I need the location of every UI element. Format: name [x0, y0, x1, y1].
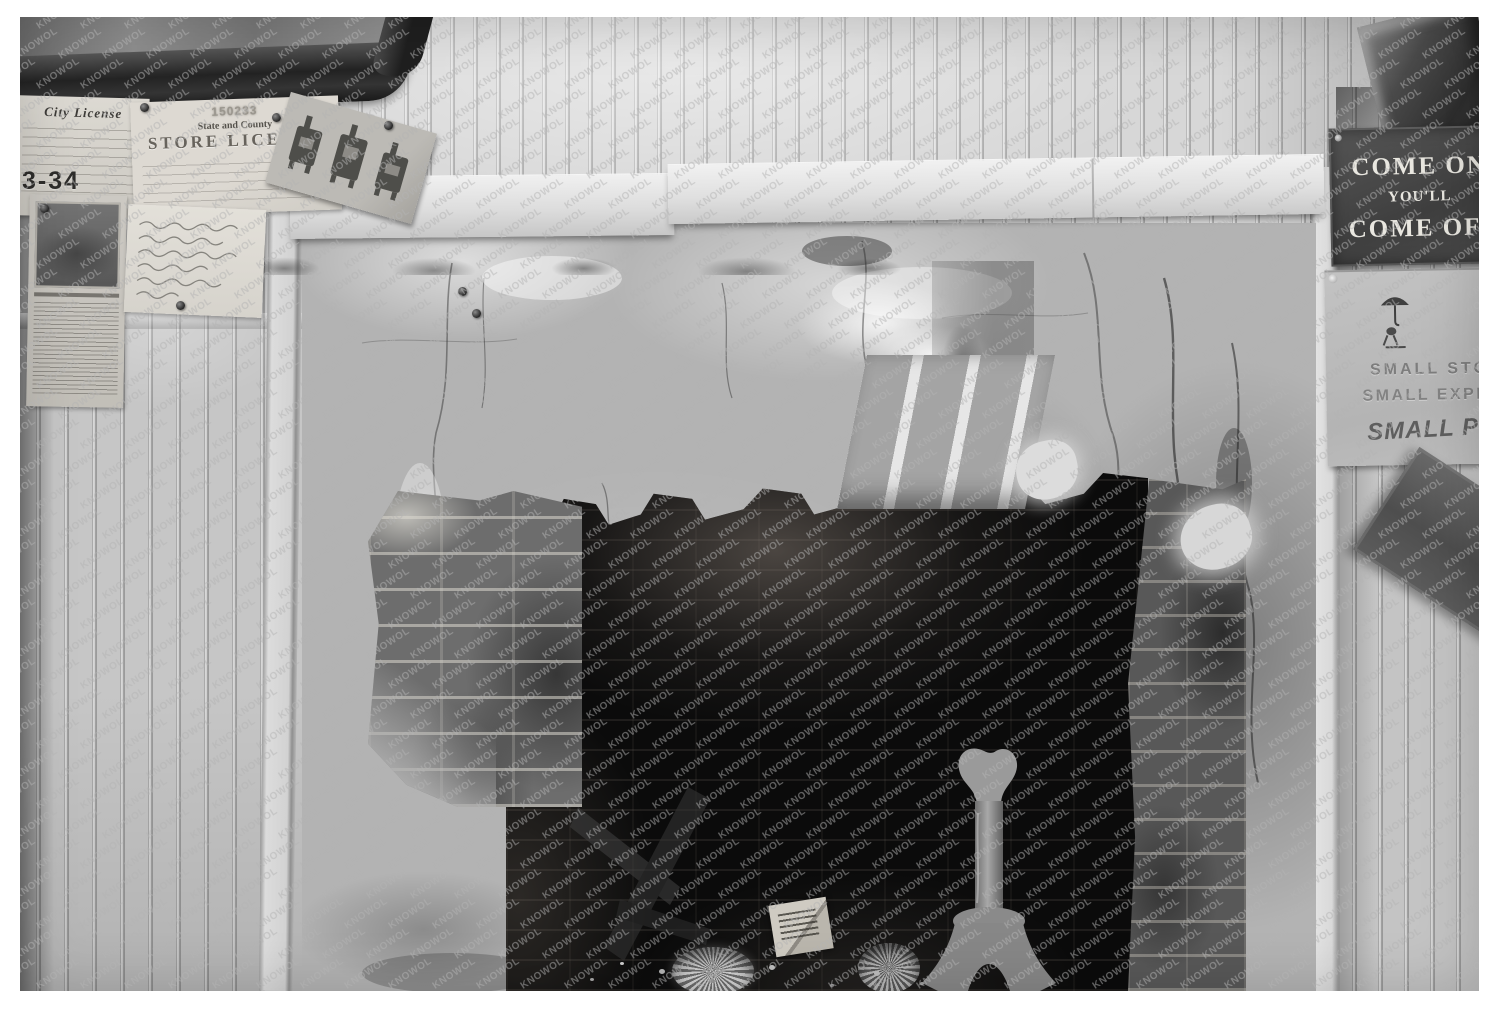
license-year-stamp: 3-34 [22, 167, 80, 196]
thumbtack [472, 309, 481, 318]
photograph: City License 3-34 150233 State and Count… [20, 17, 1479, 991]
sign-line: SMALL STORE [1370, 359, 1479, 380]
board-joint [1092, 158, 1095, 217]
handwriting-strokes [132, 214, 256, 307]
screw-icon [1335, 134, 1342, 141]
sign-line: COME ONCE [1351, 151, 1479, 183]
mantel-board-right [668, 154, 1325, 224]
thumbtack [384, 121, 393, 130]
label-print-marks [778, 909, 820, 941]
city-license-title: City License [23, 103, 143, 122]
sign-line: SMALL EXPENSE [1362, 385, 1479, 406]
thumbtack [176, 301, 185, 310]
clipping-house-photo [34, 201, 120, 288]
come-once-sign: COME ONCE YOU'LL COME OFTEN [1329, 125, 1479, 266]
small-store-sign: SMALL STORE SMALL EXPENSE SMALL PRICES [1324, 268, 1479, 467]
thumbtack [40, 204, 49, 213]
pie-tin [672, 947, 754, 991]
clipping-text-columns [32, 301, 119, 394]
sign-line: COME OFTEN [1348, 212, 1479, 244]
newspaper-clipping [26, 194, 127, 408]
pie-tin [858, 943, 920, 991]
hearth-debris [620, 962, 624, 965]
sign-line: YOU'LL [1388, 188, 1452, 206]
photo-page: City License 3-34 150233 State and Count… [0, 0, 1500, 1019]
handwritten-note-card [124, 204, 267, 318]
clipping-headline [34, 292, 119, 297]
umbrella-figure-icon [1373, 287, 1418, 354]
brick-jamb-left [368, 491, 582, 807]
screw-icon [1328, 274, 1337, 283]
sign-line: SMALL PRICES [1366, 409, 1479, 447]
thumbtack [140, 103, 149, 112]
thumbtack [272, 113, 281, 122]
andiron [898, 743, 1070, 991]
thumbtack [458, 287, 467, 296]
discarded-box-label [768, 897, 833, 957]
